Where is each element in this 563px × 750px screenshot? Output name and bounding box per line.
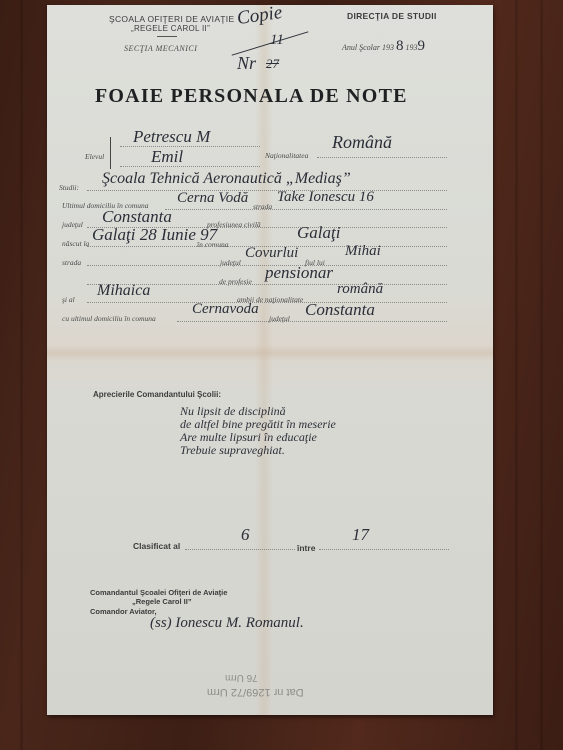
rank-line (185, 549, 295, 550)
strada-value: Take Ionescu 16 (277, 189, 374, 206)
given-name-line (120, 166, 260, 167)
judetul2-value: Covurlui (245, 245, 298, 262)
profesie-tata-value: pensionar (265, 263, 333, 283)
nationality-line (317, 157, 447, 158)
si-al-label: şi al (62, 295, 75, 304)
school-year-end: 9 (418, 38, 426, 54)
in-comuna-value: Galaţi (297, 223, 340, 243)
mama-value: Mihaica (97, 282, 150, 300)
appreciation-text: Nu lipsit de disciplină de altfel bine p… (180, 405, 336, 457)
judetul-value: Constanta (102, 207, 172, 227)
header-divider (157, 36, 177, 37)
elevul-label: Elevul (85, 152, 104, 161)
tata-value: Mihai (345, 243, 381, 260)
judetul3-value: Constanta (305, 300, 375, 320)
ultim-dom-label: cu ultimul domiciliu în comuna (62, 314, 156, 323)
appreciation-label: Aprecierile Comandantului Şcolii: (93, 390, 221, 399)
total-line (319, 549, 449, 550)
studii-line (87, 190, 447, 191)
ambii-value: română (337, 281, 383, 298)
school-year-mid: 193 (406, 43, 418, 52)
number-value: 11 (270, 32, 284, 49)
classification-total: 17 (352, 525, 369, 545)
between-label: între (297, 543, 315, 553)
student-given-name: Emil (151, 147, 183, 167)
pencil-note-1: 76 Urm (225, 672, 258, 683)
school-year-prefix: Anul Şcolar 193 (342, 43, 394, 52)
number-struck: 27 (266, 56, 279, 72)
student-surname: Petrescu M (133, 127, 210, 147)
classification-rank: 6 (241, 525, 250, 545)
signature-name: (ss) Ionescu M. Romanul. (150, 615, 304, 632)
signature-title-2: „Regele Carol II” (132, 597, 192, 606)
classification-label: Clasificat al (133, 541, 180, 551)
domiciliu-value: Cerna Vodă (177, 190, 248, 207)
school-patron: „REGELE CAROL II” (131, 24, 210, 33)
pencil-note-2: Dat nr 1269/72 Urm (207, 686, 304, 698)
judetul-label: judeţul (62, 220, 83, 229)
studii-value: Şcoala Tehnică Aeronautică „Mediaş” (102, 170, 351, 188)
surname-line (120, 146, 260, 147)
strada2-label: strada (62, 258, 81, 267)
number-label: Nr (237, 53, 256, 74)
wood-grain (515, 0, 518, 750)
signature-title-3: Comandor Aviator, (90, 607, 157, 616)
direction-title: DIRECŢIA DE STUDII (347, 11, 437, 21)
nascut-label: născut la (62, 239, 89, 248)
page-title: FOAIE PERSONALA DE NOTE (95, 85, 408, 108)
studii-label: Studii: (59, 183, 79, 192)
domiciliu-line (165, 209, 447, 210)
signature-title-1: Comandantul Şcoalei Ofiţeri de Aviaţie (90, 588, 227, 597)
section-name: SECŢIA MECANICI (124, 44, 197, 53)
wood-grain (20, 0, 23, 750)
ultim-dom-value: Cernavoda (192, 301, 259, 318)
school-name: ŞCOALA OFIŢERI DE AVIAŢIE (109, 14, 234, 24)
wood-grain (540, 0, 543, 750)
school-year-start: 8 (396, 38, 404, 54)
appreciation-line: Trebuie supraveghiat. (180, 444, 336, 457)
in-comuna-label: în comuna (197, 240, 228, 249)
ultim-dom-line (177, 321, 447, 322)
ambii-line (87, 302, 447, 303)
copy-annotation: Copie (236, 2, 284, 30)
nationality-value: Română (332, 132, 392, 153)
elevul-brace (110, 137, 111, 169)
paper-fold-vertical (255, 5, 273, 715)
school-year-label: Anul Şcolar 193 8 1939 (342, 38, 425, 55)
document-sheet: ŞCOALA OFIŢERI DE AVIAŢIE „REGELE CAROL … (47, 5, 493, 715)
nationality-label: Naţionalitatea (265, 151, 308, 160)
